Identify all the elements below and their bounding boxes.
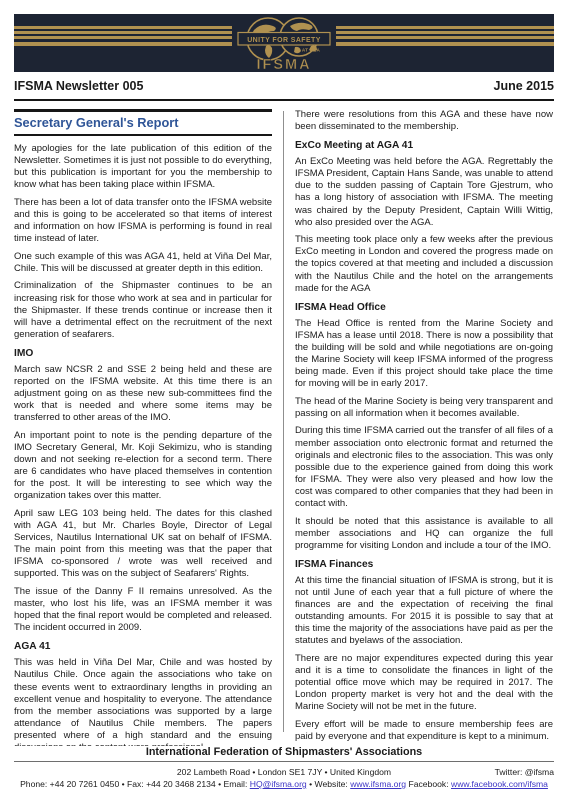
footer-address-line: 202 Lambeth Road • London SE1 7JY • Unit… bbox=[14, 766, 554, 778]
footer-website-link[interactable]: www.ifsma.org bbox=[350, 779, 406, 789]
body-paragraph: My apologies for the late publication of… bbox=[14, 143, 272, 191]
masthead-stripe-band: UNITY FOR SAFETY AT SEA IFSMA bbox=[14, 14, 554, 72]
footer-separator: • bbox=[218, 779, 221, 789]
page-footer: International Federation of Shipmasters'… bbox=[14, 746, 554, 790]
footer-separator: • bbox=[122, 779, 125, 789]
logo-banner-text: UNITY FOR SAFETY bbox=[247, 37, 321, 44]
body-paragraph: The head of the Marine Society is being … bbox=[295, 396, 553, 420]
body-paragraph: It should be noted that this assistance … bbox=[295, 516, 553, 552]
footer-website-label: Website: bbox=[315, 779, 348, 789]
body-paragraph: This meeting took place only a few weeks… bbox=[295, 234, 553, 294]
footer-contact-line: Phone: +44 20 7261 0450 • Fax: +44 20 34… bbox=[14, 778, 554, 790]
body-paragraph: Criminalization of the Shipmaster contin… bbox=[14, 280, 272, 340]
section-heading: IFSMA Head Office bbox=[295, 302, 553, 313]
newsletter-title: IFSMA Newsletter 005 bbox=[14, 79, 143, 93]
section-heading: IMO bbox=[14, 348, 272, 359]
ifsma-logo-emblem: UNITY FOR SAFETY AT SEA IFSMA bbox=[232, 14, 336, 72]
body-paragraph: One such example of this was AGA 41, hel… bbox=[14, 251, 272, 275]
logo-wordmark: IFSMA bbox=[256, 57, 311, 72]
right-column: There were resolutions from this AGA and… bbox=[295, 109, 553, 746]
body-paragraph: April saw LEG 103 being held. The dates … bbox=[14, 508, 272, 581]
body-paragraph: Every effort will be made to ensure memb… bbox=[295, 719, 553, 743]
body-paragraph: An important point to note is the pendin… bbox=[14, 430, 272, 503]
body-paragraph: The issue of the Danny F II remains unre… bbox=[14, 586, 272, 634]
body-paragraph: This was held in Viña Del Mar, Chile and… bbox=[14, 657, 272, 746]
left-column: Secretary General's ReportMy apologies f… bbox=[14, 109, 272, 746]
footer-rule bbox=[14, 761, 554, 762]
footer-separator: • bbox=[309, 779, 312, 789]
newsletter-body: Secretary General's ReportMy apologies f… bbox=[14, 109, 554, 746]
section-heading: AGA 41 bbox=[14, 641, 272, 652]
column-divider bbox=[283, 111, 284, 732]
report-title: Secretary General's Report bbox=[14, 109, 272, 136]
body-paragraph: There are no major expenditures expected… bbox=[295, 653, 553, 713]
masthead-rule bbox=[14, 99, 554, 101]
body-paragraph: The Head Office is rented from the Marin… bbox=[295, 318, 553, 391]
issue-date: June 2015 bbox=[494, 79, 554, 93]
body-paragraph: An ExCo Meeting was held before the AGA.… bbox=[295, 156, 553, 229]
ifsma-logo: UNITY FOR SAFETY AT SEA IFSMA bbox=[232, 14, 336, 77]
newsletter-page: UNITY FOR SAFETY AT SEA IFSMA IFSMA News… bbox=[0, 0, 568, 800]
masthead: UNITY FOR SAFETY AT SEA IFSMA IFSMA News… bbox=[14, 14, 554, 101]
section-heading: ExCo Meeting at AGA 41 bbox=[295, 140, 553, 151]
footer-twitter: Twitter: @ifsma bbox=[495, 766, 554, 778]
footer-address: 202 Lambeth Road • London SE1 7JY • Unit… bbox=[177, 767, 391, 777]
body-paragraph: During this time IFSMA carried out the t… bbox=[295, 425, 553, 510]
footer-fax: Fax: +44 20 3468 2134 bbox=[127, 779, 216, 789]
footer-facebook-label: Facebook: bbox=[408, 779, 448, 789]
body-paragraph: At this time the financial situation of … bbox=[295, 575, 553, 648]
footer-phone: Phone: +44 20 7261 0450 bbox=[20, 779, 119, 789]
body-paragraph: There were resolutions from this AGA and… bbox=[295, 109, 553, 133]
section-heading: IFSMA Finances bbox=[295, 559, 553, 570]
footer-email-label: Email: bbox=[223, 779, 247, 789]
logo-atsea-text: AT SEA bbox=[302, 48, 321, 53]
body-paragraph: March saw NCSR 2 and SSE 2 being held an… bbox=[14, 364, 272, 424]
footer-email-link[interactable]: HQ@ifsma.org bbox=[250, 779, 307, 789]
footer-facebook-link[interactable]: www.facebook.com/ifsma bbox=[451, 779, 548, 789]
body-paragraph: There has been a lot of data transfer on… bbox=[14, 197, 272, 245]
footer-org-name: International Federation of Shipmasters'… bbox=[14, 746, 554, 758]
